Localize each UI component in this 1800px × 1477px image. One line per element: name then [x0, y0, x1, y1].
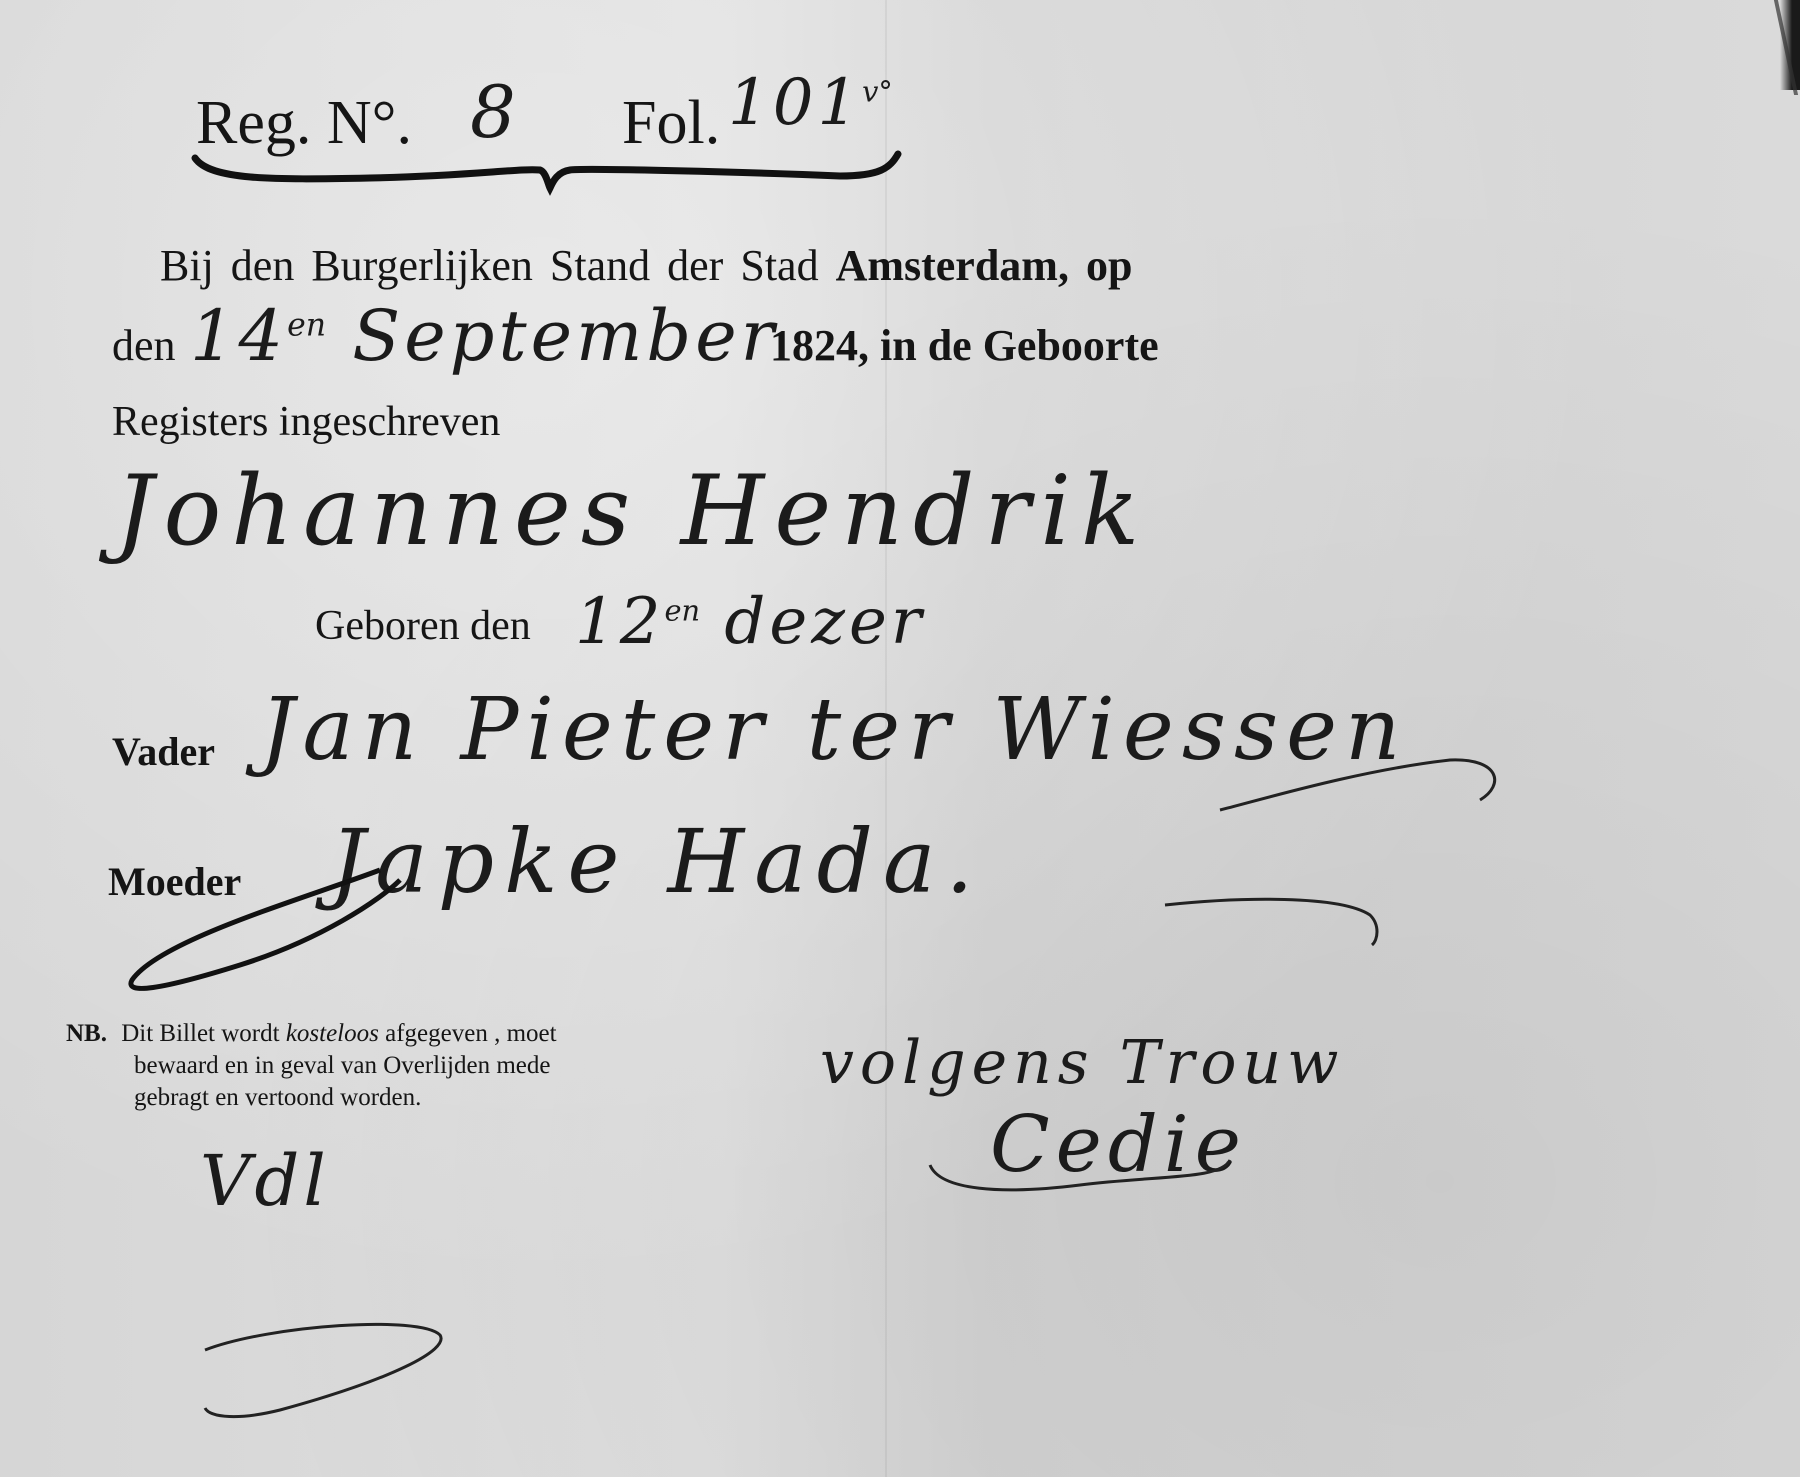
nb-line-2: bewaard en in geval van Overlijden mede [66, 1050, 726, 1082]
folio-label: Fol. [622, 88, 720, 159]
birth-date-handwritten: 12en dezer [575, 585, 925, 659]
intro-line-3: Registers ingeschreven [112, 398, 500, 446]
word: den [231, 241, 295, 290]
registration-date-handwritten: 14en September [190, 295, 778, 377]
initials-signature: Vdl [200, 1140, 330, 1222]
father-label: Vader [112, 728, 215, 775]
nb-tag: NB. [66, 1020, 107, 1047]
initials-flourish-icon [190, 1320, 490, 1440]
nb-text: afgegeven , moet [385, 1020, 556, 1047]
nb-line-1: NB. Dit Billet wordt kosteloos afgegeven… [66, 1018, 726, 1050]
word: der [667, 241, 723, 290]
mother-flourish-icon [120, 860, 420, 1000]
nb-text: Dit Billet wordt [121, 1020, 279, 1047]
intro-line-2-suffix: 1824, in de Geboorte [770, 320, 1159, 371]
marriage-note-handwritten: volgens Trouw [820, 1028, 1344, 1098]
born-label: Geboren den [315, 602, 531, 650]
certificate-page: Reg. N°. 8 Fol. 101v° Bij den Burgerlijk… [0, 0, 1800, 1477]
mother-name-handwritten: Japke Hada. [330, 810, 983, 913]
registration-month: September [352, 295, 778, 377]
birth-month: dezer [724, 585, 925, 659]
intro-line-2-prefix: den [112, 320, 176, 371]
word: Stand [550, 241, 650, 290]
decorative-brace-icon [190, 150, 905, 195]
signature-flourish-icon [920, 1150, 1240, 1220]
intro-line-1: Bij den Burgerlijken Stand der Stad Amst… [160, 240, 1138, 291]
birth-day-suffix: en [664, 594, 700, 628]
word: Burgerlijken [311, 241, 533, 290]
folio-value: 101v° [728, 66, 893, 140]
folio-number: 101 [728, 66, 862, 140]
registration-day-suffix: en [287, 308, 326, 344]
word: Stad [740, 241, 818, 290]
word: Bij [160, 241, 214, 290]
birth-day: 12 [575, 585, 664, 659]
child-name-handwritten: Johannes Hendrik [115, 455, 1149, 567]
father-flourish-icon [1200, 740, 1510, 820]
nb-italic-word: kosteloos [286, 1020, 379, 1047]
folio-suffix: v° [862, 75, 893, 109]
nb-line-3: gebragt en vertoond worden. [66, 1082, 726, 1114]
nb-footnote: NB. Dit Billet wordt kosteloos afgegeven… [66, 1018, 726, 1114]
word: op [1086, 241, 1132, 290]
closing-line-stroke [1160, 895, 1390, 955]
reg-number-label: Reg. N°. [196, 88, 412, 159]
reg-number-value: 8 [470, 70, 520, 154]
registration-day: 14 [190, 295, 287, 377]
word: Amsterdam, [836, 241, 1069, 290]
